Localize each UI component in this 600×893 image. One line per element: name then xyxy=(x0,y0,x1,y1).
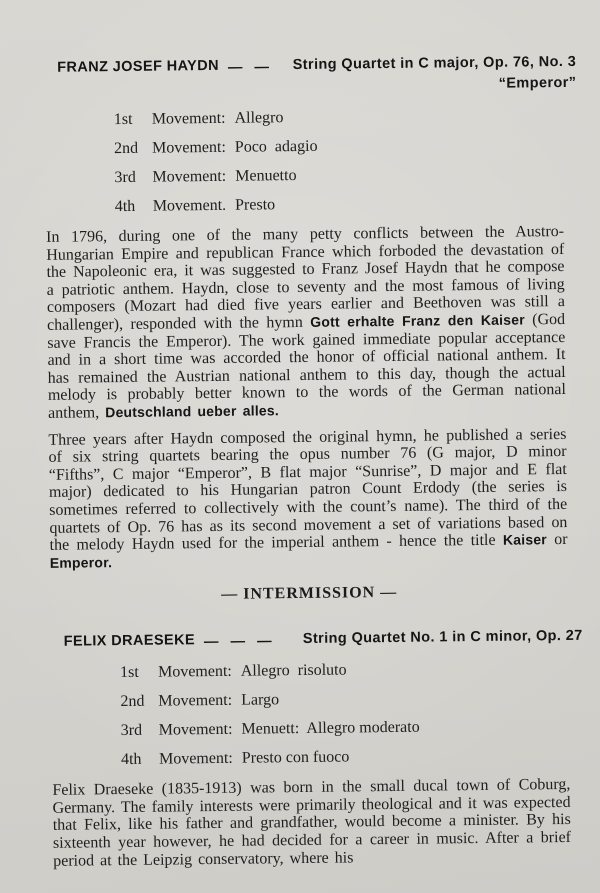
movement-label: Movement: xyxy=(152,111,226,128)
separator-dashes: — — — xyxy=(204,633,276,652)
movement-row: 3rd Movement: Menuetto xyxy=(114,165,563,186)
haydn-paragraph-1: In 1796, during one of the many petty co… xyxy=(46,223,566,422)
movement-row: 2nd Movement: Largo xyxy=(120,689,569,710)
movement-tempo: Presto xyxy=(235,197,275,213)
movement-row: 1st Movement: Allegro risoluto xyxy=(120,660,569,681)
movement-tempo: Poco adagio xyxy=(235,139,318,156)
haydn-movements-list: 1st Movement: Allegro 2nd Movement: Poco… xyxy=(114,107,564,215)
movement-label: Movement: xyxy=(159,751,233,768)
movement-ordinal: 3rd xyxy=(114,170,152,186)
movement-tempo: Menuetto xyxy=(235,168,297,185)
movement-row: 2nd Movement: Poco adagio xyxy=(114,136,563,157)
text-run: Three years after Haydn composed the ori… xyxy=(48,426,567,554)
movement-row: 4th Movement: Presto con fuoco xyxy=(121,747,570,768)
haydn-paragraph-2: Three years after Haydn composed the ori… xyxy=(48,426,568,573)
movement-ordinal: 3rd xyxy=(121,723,159,739)
movement-row: 3rd Movement: Menuett: Allegro moderato xyxy=(121,718,570,739)
movement-tempo: Menuett: Allegro moderato xyxy=(241,720,419,738)
movement-label: Movement: xyxy=(152,169,226,186)
movement-ordinal: 2nd xyxy=(120,694,158,710)
movement-ordinal: 2nd xyxy=(114,141,152,157)
haydn-header-line: FRANZ JOSEF HAYDN — — String Quartet in … xyxy=(57,53,576,77)
bold-run: Deutschland ueber alles. xyxy=(105,402,279,420)
bold-run: Kaiser xyxy=(503,531,547,547)
composer-name-draeseke: FELIX DRAESEKE xyxy=(64,631,195,650)
movement-row: 1st Movement: Allegro xyxy=(114,107,563,128)
movement-tempo: Presto con fuoco xyxy=(242,750,350,767)
work-title-haydn: String Quartet in C major, Op. 76, No. 3 xyxy=(283,53,577,74)
composer-name-haydn: FRANZ JOSEF HAYDN xyxy=(57,57,219,77)
page-content: FRANZ JOSEF HAYDN — — String Quartet in … xyxy=(0,0,600,893)
program-page: FRANZ JOSEF HAYDN — — String Quartet in … xyxy=(0,0,600,893)
movement-tempo: Allegro xyxy=(234,110,283,127)
movement-tempo: Allegro risoluto xyxy=(241,663,347,680)
bold-run: Gott erhalte Franz den Kaiser xyxy=(310,311,525,329)
intermission-heading: — INTERMISSION — xyxy=(50,582,568,606)
movement-ordinal: 1st xyxy=(114,112,152,128)
haydn-work-header: FRANZ JOSEF HAYDN — — String Quartet in … xyxy=(57,53,576,98)
separator-dashes: — — xyxy=(228,58,273,77)
movement-label: Movement. xyxy=(153,198,227,215)
movement-ordinal: 4th xyxy=(121,752,159,768)
movement-ordinal: 4th xyxy=(115,199,153,215)
movement-label: Movement: xyxy=(158,693,232,710)
movement-tempo: Largo xyxy=(241,693,279,709)
draeseke-work-header: FELIX DRAESEKE — — — String Quartet No. … xyxy=(64,627,583,651)
movement-label: Movement: xyxy=(159,722,233,739)
draeseke-movements-list: 1st Movement: Allegro risoluto 2nd Movem… xyxy=(120,660,570,768)
work-subtitle-haydn: “Emperor” xyxy=(57,74,576,98)
movement-label: Movement: xyxy=(158,664,232,681)
text-run: Felix Draeseke (1835-1913) was born in t… xyxy=(52,776,571,869)
movement-row: 4th Movement. Presto xyxy=(115,194,564,215)
text-run: or xyxy=(547,531,568,548)
bold-run: Emperor. xyxy=(50,554,112,571)
draeseke-paragraph: Felix Draeseke (1835-1913) was born in t… xyxy=(52,776,571,870)
work-title-draeseke: String Quartet No. 1 in C minor, Op. 27 xyxy=(293,627,583,648)
movement-ordinal: 1st xyxy=(120,665,158,681)
draeseke-header-line: FELIX DRAESEKE — — — String Quartet No. … xyxy=(64,627,583,651)
movement-label: Movement: xyxy=(152,140,226,157)
